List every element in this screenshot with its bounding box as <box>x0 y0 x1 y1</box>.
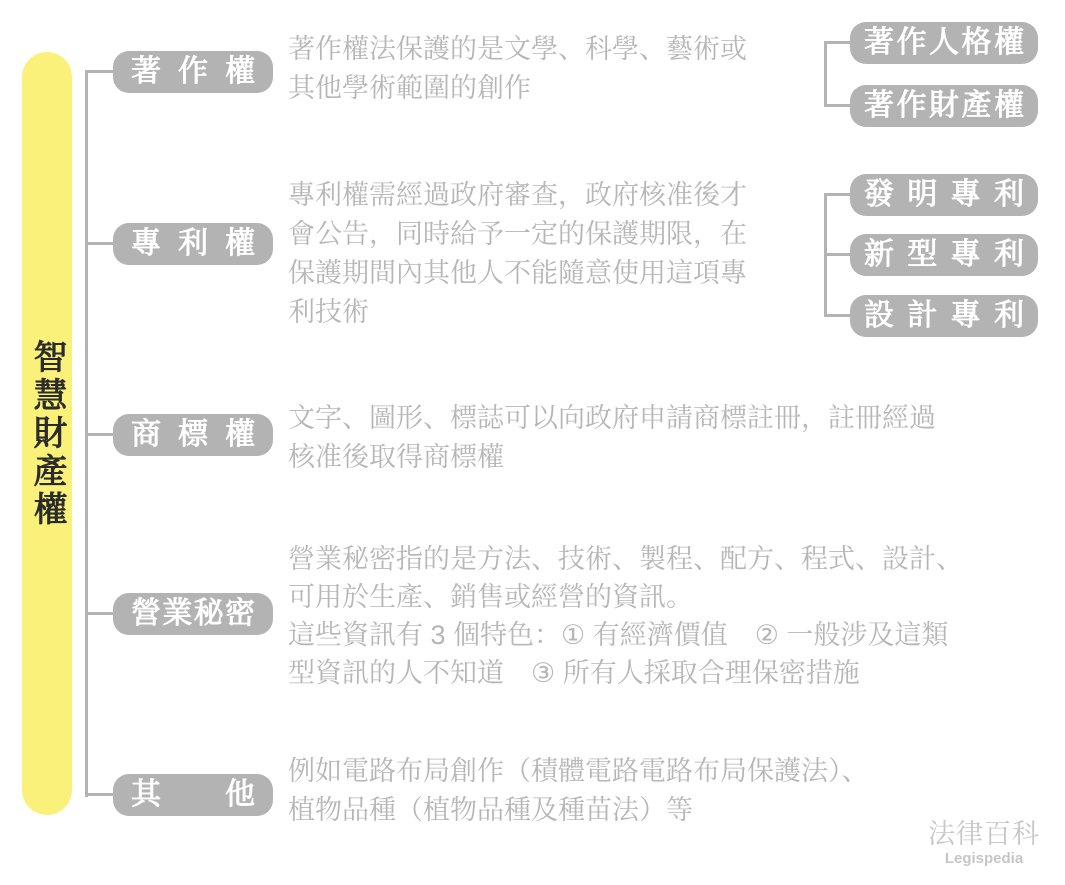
root-label: 智慧財產權 <box>22 339 72 529</box>
description-trademark: 文字、圖形、標誌可以向政府申請商標註冊，註冊經過 核准後取得商標權 <box>288 399 936 477</box>
node-trade-secret: 營業秘密 <box>113 593 273 635</box>
description-line: 植物品種（植物品種及種苗法）等 <box>288 791 869 830</box>
description-line: 型資訊的人不知道 ③ 所有人採取合理保密措施 <box>288 654 963 692</box>
branch-line-trade-secret <box>85 612 113 615</box>
child-node-utility-model-patent-label: 新型專利 <box>850 234 1038 276</box>
description-line: 會公告，同時給予一定的保護期限，在 <box>288 215 747 254</box>
child-node-invention-patent-label: 發明專利 <box>850 174 1038 216</box>
child-node-utility-model-patent: 新型專利 <box>850 234 1038 276</box>
bracket-spine-copyright <box>824 41 827 107</box>
node-copyright-label: 著作權 <box>113 51 273 93</box>
branch-line-others <box>85 793 113 796</box>
description-line: 例如電路布局創作（積體電路電路布局保護法）、 <box>288 752 869 791</box>
bracket-tick-economic-rights <box>824 104 850 107</box>
description-line: 核准後取得商標權 <box>288 438 936 477</box>
watermark-subtitle: Legispedia <box>928 850 1040 868</box>
description-line: 著作權法保護的是文學、科學、藝術或 <box>288 30 747 69</box>
description-line: 利技術 <box>288 293 747 332</box>
description-line: 可用於生產、銷售或經營的資訊。 <box>288 578 963 616</box>
child-node-moral-rights-label: 著作人格權 <box>850 22 1038 64</box>
child-node-invention-patent: 發明專利 <box>850 174 1038 216</box>
description-line: 文字、圖形、標誌可以向政府申請商標註冊，註冊經過 <box>288 399 936 438</box>
bracket-tick-design-patent <box>824 314 850 317</box>
description-others: 例如電路布局創作（積體電路電路布局保護法）、 植物品種（植物品種及種苗法）等 <box>288 752 869 830</box>
child-node-economic-rights: 著作財產權 <box>850 85 1038 127</box>
watermark: 法律百科 Legispedia <box>928 818 1040 868</box>
node-others-label: 其他 <box>113 774 273 816</box>
root-node-intellectual-property: 智慧財產權 <box>22 52 72 815</box>
description-line: 其他學術範圍的創作 <box>288 69 747 108</box>
branch-line-copyright <box>85 70 113 73</box>
watermark-title: 法律百科 <box>928 818 1040 850</box>
bracket-tick-utility-model-patent <box>824 253 850 256</box>
node-trademark-label: 商標權 <box>113 414 273 456</box>
node-patent: 專利權 <box>113 223 273 265</box>
child-node-design-patent-label: 設計專利 <box>850 295 1038 337</box>
description-trade-secret: 營業秘密指的是方法、技術、製程、配方、程式、設計、 可用於生產、銷售或經營的資訊… <box>288 540 963 692</box>
node-others: 其他 <box>113 774 273 816</box>
description-copyright: 著作權法保護的是文學、科學、藝術或 其他學術範圍的創作 <box>288 30 747 108</box>
description-line: 保護期間內其他人不能隨意使用這項專 <box>288 254 747 293</box>
branch-line-trademark <box>85 433 113 436</box>
mindmap-canvas: 智慧財產權 著作權 專利權 商標權 營業秘密 其他 著作權法保護的是文學、科學、… <box>0 0 1065 885</box>
node-patent-label: 專利權 <box>113 223 273 265</box>
node-trademark: 商標權 <box>113 414 273 456</box>
description-line: 專利權需經過政府審查，政府核准後才 <box>288 176 747 215</box>
description-patent: 專利權需經過政府審查，政府核准後才 會公告，同時給予一定的保護期限，在 保護期間… <box>288 176 747 332</box>
bracket-tick-invention-patent <box>824 193 850 196</box>
child-node-moral-rights: 著作人格權 <box>850 22 1038 64</box>
node-copyright: 著作權 <box>113 51 273 93</box>
child-node-economic-rights-label: 著作財產權 <box>850 85 1038 127</box>
bracket-tick-moral-rights <box>824 41 850 44</box>
description-line: 營業秘密指的是方法、技術、製程、配方、程式、設計、 <box>288 540 963 578</box>
child-node-design-patent: 設計專利 <box>850 295 1038 337</box>
node-trade-secret-label: 營業秘密 <box>113 593 273 635</box>
description-line: 這些資訊有 3 個特色：① 有經濟價值 ② 一般涉及這類 <box>288 616 963 654</box>
branch-line-patent <box>85 242 113 245</box>
